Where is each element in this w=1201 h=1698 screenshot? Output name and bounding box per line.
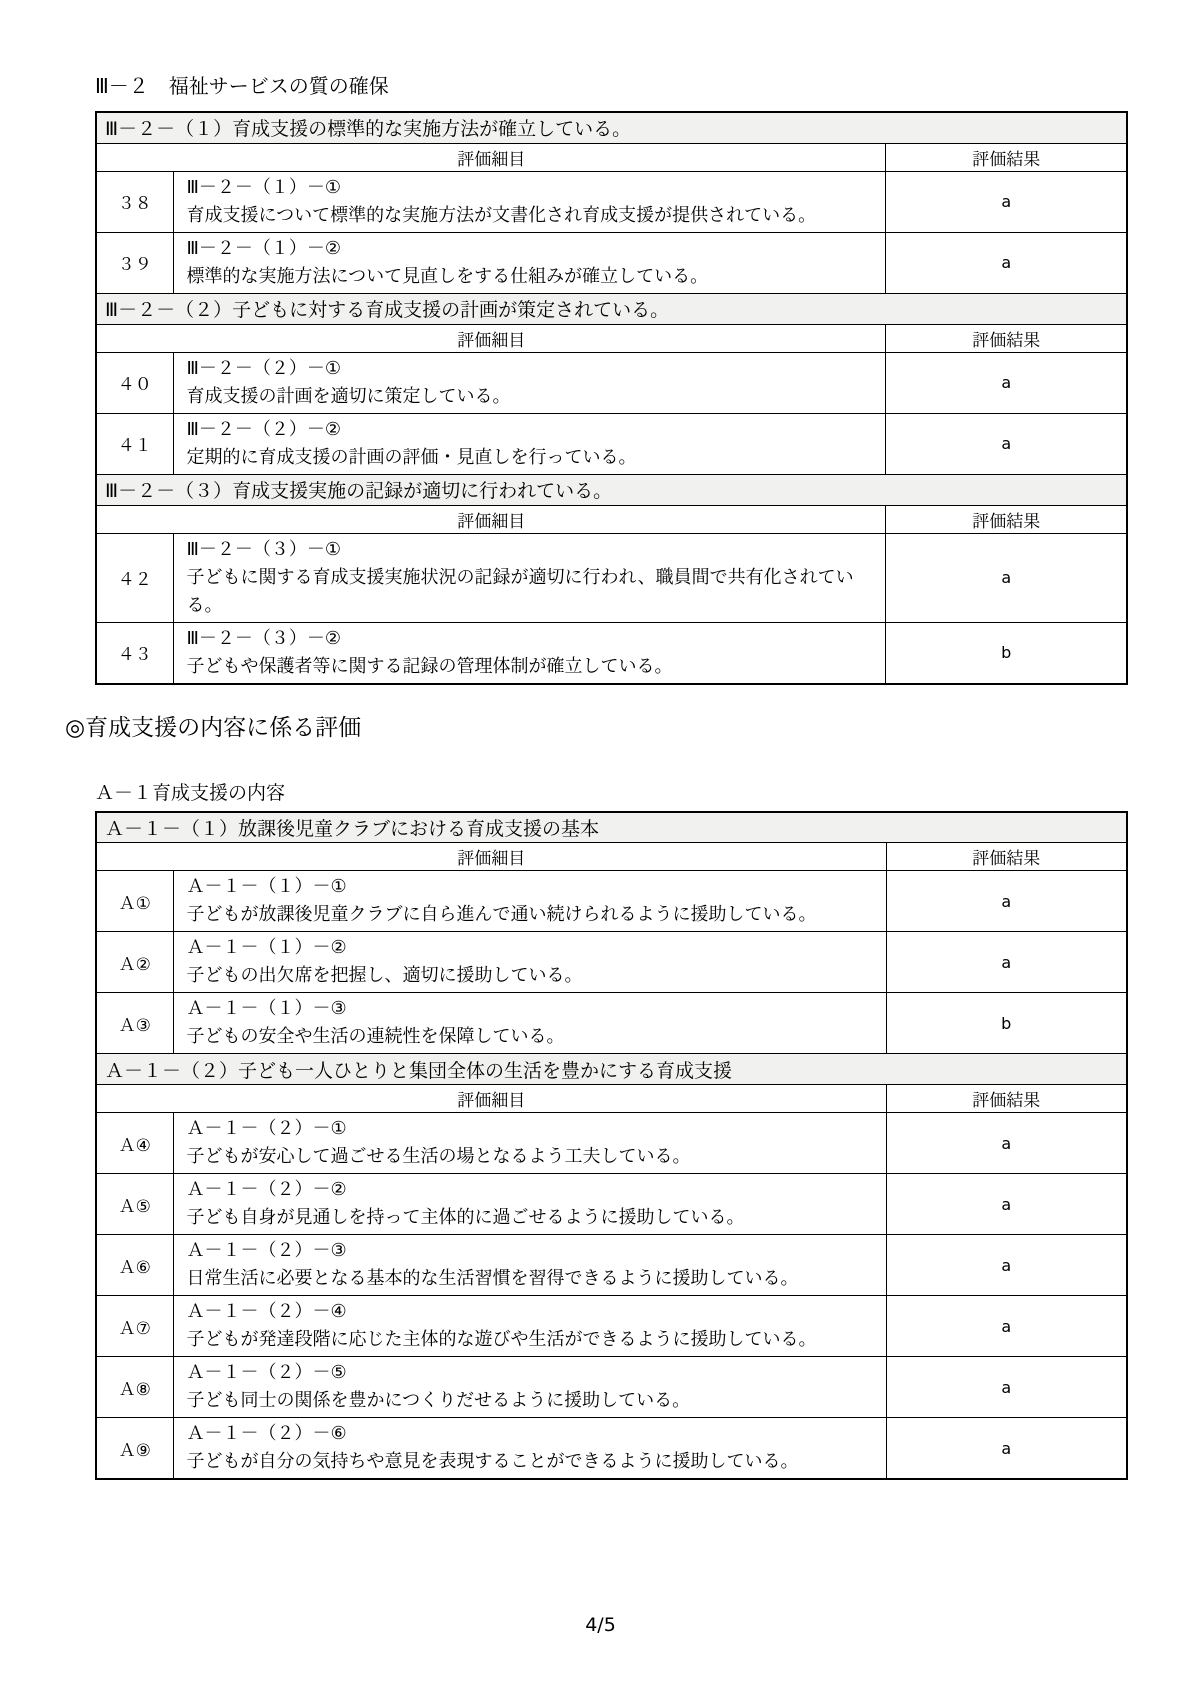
eval-row: Ａ⑨Ａ－１－（２）－⑥子どもが自分の気持ちや意見を表現することができるように援助… [96,1418,1127,1480]
item-description: 育成支援について標準的な実施方法が文書化され育成支援が提供されている。 [187,202,855,230]
item-code: Ⅲ－２－（３）－① [187,536,876,564]
column-header-row: 評価細目評価結果 [96,843,1127,871]
eval-row: ４０Ⅲ－２－（２）－①育成支援の計画を適切に策定している。a [96,352,1127,413]
item-cell: Ａ－１－（２）－③日常生活に必要となる基本的な生活習慣を習得できるように援助して… [173,1235,886,1296]
column-header-item: 評価細目 [96,1085,886,1113]
eval-row: Ａ③Ａ－１－（１）－③子どもの安全や生活の連続性を保障している。b [96,993,1127,1054]
section-header: Ａ－１－（２）子ども一人ひとりと集団全体の生活を豊かにする育成支援 [96,1054,1127,1085]
column-header-item: 評価細目 [96,324,886,352]
result-value: a [886,1235,1127,1296]
evaluation-table-iii-2: Ⅲ－２－（１）育成支援の標準的な実施方法が確立している。評価細目評価結果３８Ⅲ－… [95,111,1128,685]
item-cell: Ａ－１－（２）－⑥子どもが自分の気持ちや意見を表現することができるように援助して… [173,1418,886,1480]
result-value: a [886,1357,1127,1418]
item-cell: Ａ－１－（２）－④子どもが発達段階に応じた主体的な遊びや生活ができるように援助し… [173,1296,886,1357]
eval-row: Ａ②Ａ－１－（１）－②子どもの出欠席を把握し、適切に援助している。a [96,932,1127,993]
item-code: Ａ－１－（２）－③ [187,1237,876,1265]
item-cell: Ⅲ－２－（３）－①子どもに関する育成支援実施状況の記録が適切に行われ、職員間で共… [173,533,886,622]
sub-heading: Ａ－１育成支援の内容 [95,778,1201,805]
section-header: Ⅲ－２－（３）育成支援実施の記録が適切に行われている。 [96,474,1127,505]
eval-row: Ａ⑦Ａ－１－（２）－④子どもが発達段階に応じた主体的な遊びや生活ができるように援… [96,1296,1127,1357]
eval-row: ３９Ⅲ－２－（１）－②標準的な実施方法について見直しをする仕組みが確立している。… [96,232,1127,293]
result-value: a [886,533,1127,622]
item-description: 子どもが放課後児童クラブに自ら進んで通い続けられるように援助している。 [187,901,855,929]
item-cell: Ⅲ－２－（１）－①育成支援について標準的な実施方法が文書化され育成支援が提供され… [173,171,886,232]
result-value: a [886,932,1127,993]
result-value: a [886,171,1127,232]
item-cell: Ａ－１－（１）－①子どもが放課後児童クラブに自ら進んで通い続けられるように援助し… [173,871,886,932]
item-description: 定期的に育成支援の計画の評価・見直しを行っている。 [187,444,855,472]
result-value: a [886,1296,1127,1357]
column-header-row: 評価細目評価結果 [96,143,1127,171]
item-code: Ａ－１－（２）－⑤ [187,1359,876,1387]
row-number: Ａ① [96,871,173,932]
row-number: Ａ⑤ [96,1174,173,1235]
item-code: Ⅲ－２－（１）－① [187,174,876,202]
table-host-iii-2: Ⅲ－２－（１）育成支援の標準的な実施方法が確立している。評価細目評価結果３８Ⅲ－… [95,111,1201,685]
eval-row: ４２Ⅲ－２－（３）－①子どもに関する育成支援実施状況の記録が適切に行われ、職員間… [96,533,1127,622]
item-cell: Ⅲ－２－（１）－②標準的な実施方法について見直しをする仕組みが確立している。 [173,232,886,293]
item-code: Ａ－１－（１）－③ [187,995,876,1023]
item-description: 子ども自身が見通しを持って主体的に過ごせるように援助している。 [187,1204,855,1232]
item-code: Ⅲ－２－（２）－② [187,416,876,444]
result-value: b [886,993,1127,1054]
row-number: Ａ⑥ [96,1235,173,1296]
row-number: Ａ② [96,932,173,993]
row-number: Ａ⑦ [96,1296,173,1357]
column-header-item: 評価細目 [96,143,886,171]
row-number: Ａ⑨ [96,1418,173,1480]
column-header-result: 評価結果 [886,505,1127,533]
result-value: a [886,1418,1127,1480]
item-description: 子どもが発達段階に応じた主体的な遊びや生活ができるように援助している。 [187,1326,855,1354]
eval-row: ４１Ⅲ－２－（２）－②定期的に育成支援の計画の評価・見直しを行っている。a [96,413,1127,474]
eval-row: Ａ⑤Ａ－１－（２）－②子ども自身が見通しを持って主体的に過ごせるように援助してい… [96,1174,1127,1235]
item-cell: Ⅲ－２－（２）－①育成支援の計画を適切に策定している。 [173,352,886,413]
column-header-result: 評価結果 [886,143,1127,171]
section-row: Ⅲ－２－（２）子どもに対する育成支援の計画が策定されている。 [96,293,1127,324]
item-cell: Ａ－１－（１）－③子どもの安全や生活の連続性を保障している。 [173,993,886,1054]
column-header-row: 評価細目評価結果 [96,324,1127,352]
page-number: 4/5 [0,1614,1201,1636]
item-description: 子どもが自分の気持ちや意見を表現することができるように援助している。 [187,1448,855,1476]
eval-row: Ａ④Ａ－１－（２）－①子どもが安心して過ごせる生活の場となるよう工夫している。a [96,1113,1127,1174]
row-number: ３９ [96,232,173,293]
item-description: 日常生活に必要となる基本的な生活習慣を習得できるように援助している。 [187,1265,855,1293]
item-code: Ａ－１－（１）－② [187,934,876,962]
item-description: 育成支援の計画を適切に策定している。 [187,383,855,411]
item-code: Ａ－１－（１）－① [187,873,876,901]
item-code: Ａ－１－（２）－④ [187,1298,876,1326]
item-description: 子ども同士の関係を豊かにつくりだせるように援助している。 [187,1387,855,1415]
item-cell: Ａ－１－（２）－②子ども自身が見通しを持って主体的に過ごせるように援助している。 [173,1174,886,1235]
column-header-result: 評価結果 [886,843,1127,871]
item-cell: Ⅲ－２－（３）－②子どもや保護者等に関する記録の管理体制が確立している。 [173,622,886,684]
row-number: ４０ [96,352,173,413]
column-header-item: 評価細目 [96,505,886,533]
eval-row: Ａ①Ａ－１－（１）－①子どもが放課後児童クラブに自ら進んで通い続けられるように援… [96,871,1127,932]
column-header-row: 評価細目評価結果 [96,1085,1127,1113]
eval-row: Ａ⑥Ａ－１－（２）－③日常生活に必要となる基本的な生活習慣を習得できるように援助… [96,1235,1127,1296]
result-value: a [886,352,1127,413]
section-row: Ａ－１－（１）放課後児童クラブにおける育成支援の基本 [96,812,1127,843]
result-value: b [886,622,1127,684]
column-header-row: 評価細目評価結果 [96,505,1127,533]
item-code: Ⅲ－２－（１）－② [187,235,876,263]
eval-row: ３８Ⅲ－２－（１）－①育成支援について標準的な実施方法が文書化され育成支援が提供… [96,171,1127,232]
row-number: Ａ③ [96,993,173,1054]
item-description: 子どもや保護者等に関する記録の管理体制が確立している。 [187,653,855,681]
column-header-item: 評価細目 [96,843,886,871]
result-value: a [886,232,1127,293]
result-value: a [886,871,1127,932]
table-host-a-1: Ａ－１－（１）放課後児童クラブにおける育成支援の基本評価細目評価結果Ａ①Ａ－１－… [95,811,1201,1481]
section-header: Ａ－１－（１）放課後児童クラブにおける育成支援の基本 [96,812,1127,843]
eval-row: Ａ⑧Ａ－１－（２）－⑤子ども同士の関係を豊かにつくりだせるように援助している。a [96,1357,1127,1418]
row-number: Ａ④ [96,1113,173,1174]
row-number: ４２ [96,533,173,622]
item-code: Ａ－１－（２）－② [187,1176,876,1204]
row-number: ４３ [96,622,173,684]
item-description: 標準的な実施方法について見直しをする仕組みが確立している。 [187,263,855,291]
section-row: Ⅲ－２－（１）育成支援の標準的な実施方法が確立している。 [96,112,1127,143]
item-cell: Ａ－１－（２）－⑤子ども同士の関係を豊かにつくりだせるように援助している。 [173,1357,886,1418]
section-row: Ⅲ－２－（３）育成支援実施の記録が適切に行われている。 [96,474,1127,505]
section-header: Ⅲ－２－（２）子どもに対する育成支援の計画が策定されている。 [96,293,1127,324]
item-code: Ａ－１－（２）－① [187,1115,876,1143]
column-header-result: 評価結果 [886,324,1127,352]
item-cell: Ⅲ－２－（２）－②定期的に育成支援の計画の評価・見直しを行っている。 [173,413,886,474]
item-code: Ａ－１－（２）－⑥ [187,1420,876,1448]
item-description: 子どもの安全や生活の連続性を保障している。 [187,1023,855,1051]
document-page: Ⅲ－２ 福祉サービスの質の確保 Ⅲ－２－（１）育成支援の標準的な実施方法が確立し… [0,0,1201,1698]
item-description: 子どもの出欠席を把握し、適切に援助している。 [187,962,855,990]
section-header: Ⅲ－２－（１）育成支援の標準的な実施方法が確立している。 [96,112,1127,143]
item-code: Ⅲ－２－（３）－② [187,625,876,653]
row-number: Ａ⑧ [96,1357,173,1418]
result-value: a [886,413,1127,474]
eval-row: ４３Ⅲ－２－（３）－②子どもや保護者等に関する記録の管理体制が確立している。b [96,622,1127,684]
main-heading: ◎育成支援の内容に係る評価 [65,709,1201,742]
item-description: 子どもに関する育成支援実施状況の記録が適切に行われ、職員間で共有化されている。 [187,564,855,620]
column-header-result: 評価結果 [886,1085,1127,1113]
page-title: Ⅲ－２ 福祉サービスの質の確保 [95,70,1201,99]
item-code: Ⅲ－２－（２）－① [187,355,876,383]
item-cell: Ａ－１－（１）－②子どもの出欠席を把握し、適切に援助している。 [173,932,886,993]
row-number: ３８ [96,171,173,232]
section-row: Ａ－１－（２）子ども一人ひとりと集団全体の生活を豊かにする育成支援 [96,1054,1127,1085]
result-value: a [886,1113,1127,1174]
evaluation-table-a-1: Ａ－１－（１）放課後児童クラブにおける育成支援の基本評価細目評価結果Ａ①Ａ－１－… [95,811,1128,1481]
row-number: ４１ [96,413,173,474]
item-description: 子どもが安心して過ごせる生活の場となるよう工夫している。 [187,1143,855,1171]
item-cell: Ａ－１－（２）－①子どもが安心して過ごせる生活の場となるよう工夫している。 [173,1113,886,1174]
result-value: a [886,1174,1127,1235]
